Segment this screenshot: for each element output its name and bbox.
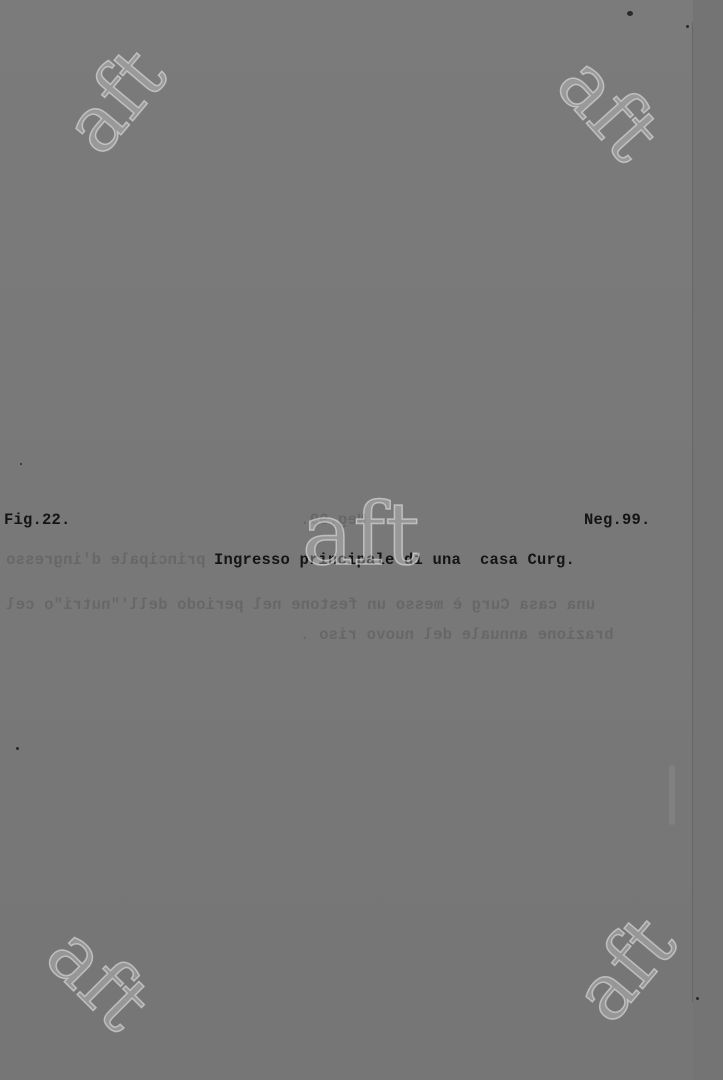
watermark-top-left: aft xyxy=(51,35,179,167)
figure-label: Fig.22. xyxy=(4,511,71,529)
bleed-through-text: Neg.99. xyxy=(300,511,367,529)
paper-edge-line xyxy=(692,22,693,1002)
bleed-through-text: brazione annuale del nuovo riso . xyxy=(300,626,614,644)
ink-speck xyxy=(627,11,633,16)
paper-right-margin xyxy=(693,0,723,1080)
bleed-through-text: una casa Curg è messo un festone nel per… xyxy=(6,596,595,614)
ink-speck xyxy=(696,997,699,1000)
figure-caption: Ingresso principale di una casa Curg. xyxy=(214,551,575,569)
watermark-bottom-right: aft xyxy=(561,903,689,1035)
scanned-document-page: Neg.99. principale d'ingresso una casa C… xyxy=(0,0,723,1080)
ink-speck xyxy=(686,25,689,28)
watermark-bottom-left: aft xyxy=(33,914,164,1045)
bleed-through-text: principale d'ingresso xyxy=(6,551,206,569)
ink-speck xyxy=(20,463,22,465)
ink-speck xyxy=(16,747,19,750)
watermark-top-right: aft xyxy=(544,43,673,174)
paper-smudge xyxy=(669,765,675,825)
negative-number: Neg.99. xyxy=(584,511,651,529)
